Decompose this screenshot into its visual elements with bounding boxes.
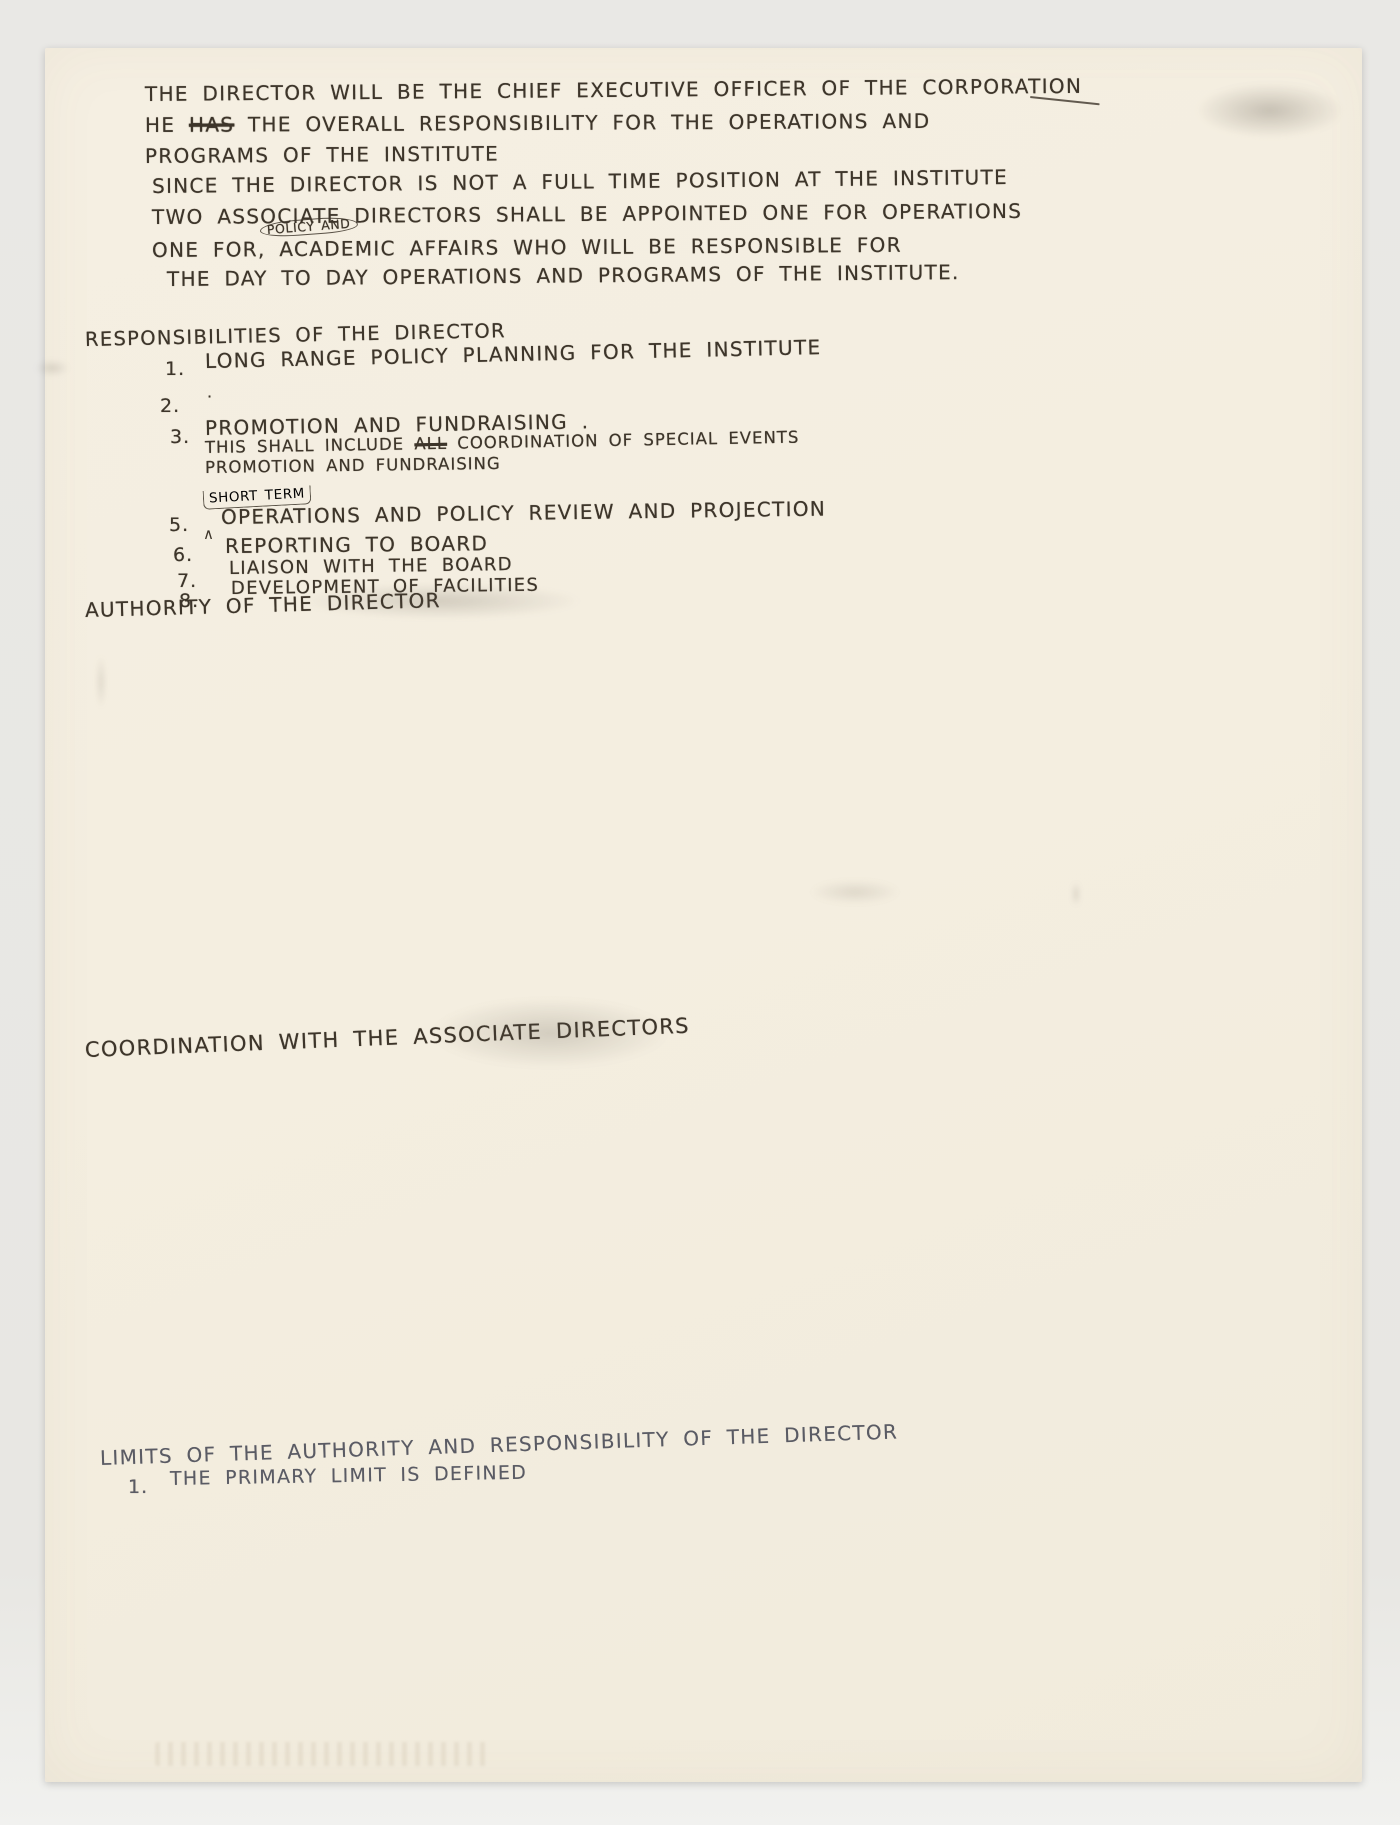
item-2-label: ·: [207, 387, 213, 406]
bleed-through-typewriting: [155, 1742, 490, 1766]
authority-heading: AUTHORITY OF THE DIRECTOR: [85, 590, 441, 620]
smudge-top-right: [1195, 83, 1345, 138]
item-1-number: 1.: [165, 358, 185, 380]
item-3-subline-2: PROMOTION AND FUNDRAISING: [205, 456, 501, 477]
coordination-heading-text: COORDINATION WITH THE ASSOCIATE DIRECTOR…: [84, 1014, 690, 1062]
limits-heading: LIMITS OF THE AUTHORITY AND RESPONSIBILI…: [100, 1422, 899, 1468]
paper-sheet: THE DIRECTOR WILL BE THE CHIEF EXECUTIVE…: [45, 48, 1362, 1782]
smudge-margin-left: [35, 360, 69, 376]
coordination-heading: COORDINATION WITH THE ASSOCIATE DIRECTOR…: [85, 1016, 691, 1061]
intro-line-4-text: SINCE THE DIRECTOR IS NOT A FULL TIME PO…: [152, 165, 1008, 198]
scanned-document-canvas: THE DIRECTOR WILL BE THE CHIEF EXECUTIVE…: [0, 0, 1400, 1825]
intro-line-6-rest: ACADEMIC AFFAIRS WHO WILL BE RESPONSIBLE…: [279, 233, 902, 261]
intro-line-6: POLICY AND ONE FOR, ACADEMIC AFFAIRS WHO…: [152, 235, 902, 260]
smudge-vertical-mark: [97, 656, 105, 708]
item-2-text: ·: [207, 389, 213, 405]
authority-heading-text: AUTHORITY OF THE DIRECTOR: [85, 588, 441, 622]
item-6-number: 6.: [173, 544, 193, 566]
intro-line-1-text: THE DIRECTOR WILL BE THE CHIEF EXECUTIVE…: [145, 74, 1082, 106]
item-2-number: 2.: [160, 395, 180, 417]
item-5-text: OPERATIONS AND POLICY REVIEW AND PROJECT…: [221, 499, 826, 527]
insertion-caret: ∧: [203, 525, 214, 543]
limits-item-1-text: THE PRIMARY LIMIT IS DEFINED: [170, 1464, 527, 1489]
intro-line-2: HE HAS THE OVERALL RESPONSIBILITY FOR TH…: [145, 111, 930, 135]
intro-line-2-start: HE: [145, 113, 175, 137]
intro-line-7: THE DAY TO DAY OPERATIONS AND PROGRAMS O…: [167, 262, 960, 289]
intro-line-6-start: ONE FOR,: [152, 237, 266, 262]
smudge-small-tick: [1073, 883, 1079, 905]
limits-item-1-label: THE PRIMARY LIMIT IS DEFINED: [170, 1462, 528, 1490]
item-3-sub-start: THIS SHALL INCLUDE: [205, 435, 404, 457]
item-5-label: OPERATIONS AND POLICY REVIEW AND PROJECT…: [221, 497, 826, 529]
limits-item-1-number: 1.: [128, 1476, 148, 1498]
intro-line-4: SINCE THE DIRECTOR IS NOT A FULL TIME PO…: [152, 167, 1008, 196]
smudge-right-mid: [810, 880, 900, 904]
intro-line-3-text: PROGRAMS OF THE INSTITUTE: [145, 142, 499, 168]
intro-line-7-text: THE DAY TO DAY OPERATIONS AND PROGRAMS O…: [167, 260, 960, 291]
item-5-number: 5.: [169, 514, 189, 536]
item-7-number: 7.: [177, 570, 197, 592]
intro-line-2-rest: THE OVERALL RESPONSIBILITY FOR THE OPERA…: [248, 109, 931, 137]
intro-line-1: THE DIRECTOR WILL BE THE CHIEF EXECUTIVE…: [145, 76, 1082, 104]
overwritten-word: HAS: [189, 113, 234, 137]
struck-word-all: ALL: [414, 434, 447, 454]
intro-line-3: PROGRAMS OF THE INSTITUTE: [145, 144, 499, 166]
item-3-number: 3.: [170, 426, 190, 448]
item-6-text: REPORTING TO BOARD: [225, 533, 488, 556]
item-3-sub2: PROMOTION AND FUNDRAISING: [205, 454, 501, 477]
